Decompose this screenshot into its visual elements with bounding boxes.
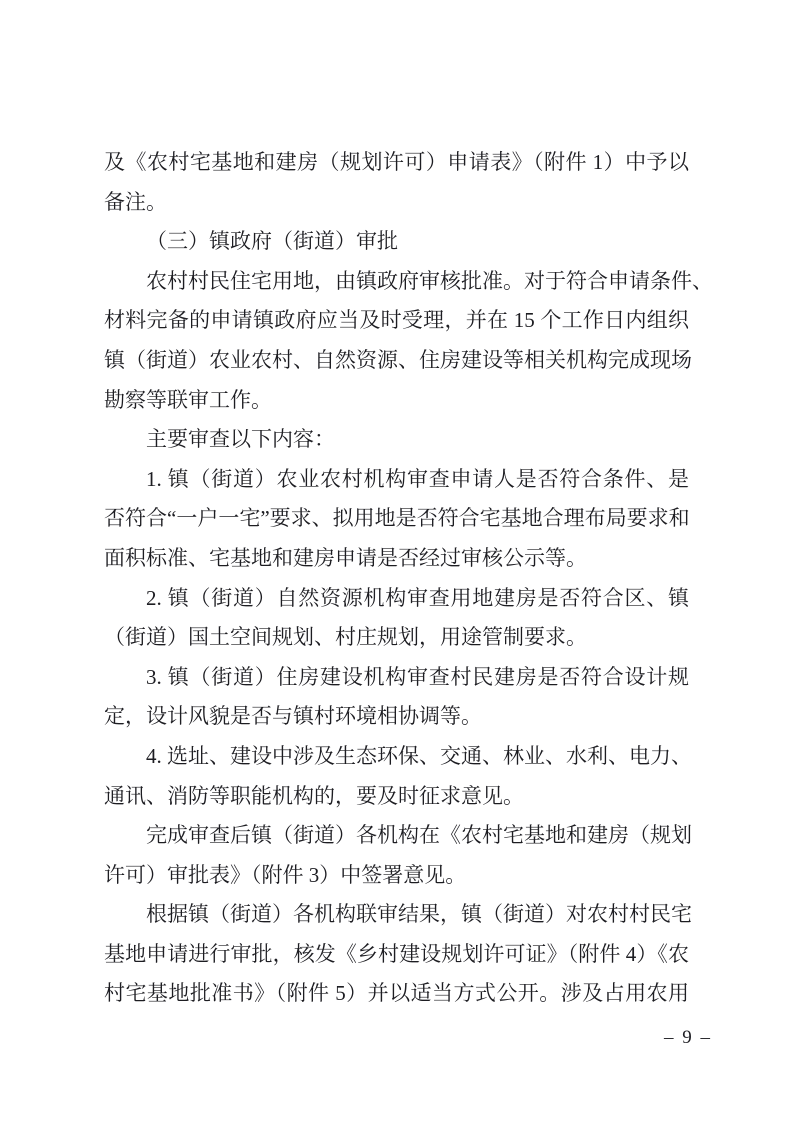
text-line: 定，设计风貌是否与镇村环境相协调等。 <box>104 697 689 737</box>
document-page: 及《农村宅基地和建房（规划许可）申请表》（附件 1）中予以 备注。 （三）镇政府… <box>0 0 792 1121</box>
text-line: （街道）国土空间规划、村庄规划，用途管制要求。 <box>104 618 689 658</box>
text-line: 完成审查后镇（街道）各机构在《农村宅基地和建房（规划 <box>104 816 689 856</box>
text-line: 农村村民住宅用地，由镇政府审核批准。对于符合申请条件、 <box>104 262 689 302</box>
text-line: 村宅基地批准书》（附件 5）并以适当方式公开。涉及占用农用 <box>104 974 689 1014</box>
section-heading: （三）镇政府（街道）审批 <box>104 222 689 262</box>
text-line: 许可）审批表》（附件 3）中签署意见。 <box>104 856 689 896</box>
text-line: 主要审查以下内容： <box>104 420 689 460</box>
text-line: 备注。 <box>104 183 689 223</box>
text-line: 基地申请进行审批，核发《乡村建设规划许可证》（附件 4）《农 <box>104 935 689 975</box>
text-line: 勘察等联审工作。 <box>104 381 689 421</box>
text-line: 材料完备的申请镇政府应当及时受理，并在 15 个工作日内组织 <box>104 301 689 341</box>
text-line: 3. 镇（街道）住房建设机构审查村民建房是否符合设计规 <box>104 658 689 698</box>
text-line: 1. 镇（街道）农业农村机构审查申请人是否符合条件、是 <box>104 460 689 500</box>
text-line: 根据镇（街道）各机构联审结果，镇（街道）对农村村民宅 <box>104 895 689 935</box>
text-line: 否符合“一户一宅”要求、拟用地是否符合宅基地合理布局要求和 <box>104 499 689 539</box>
page-number: – 9 – <box>664 1027 712 1049</box>
text-line: 2. 镇（街道）自然资源机构审查用地建房是否符合区、镇 <box>104 579 689 619</box>
text-line: 通讯、消防等职能机构的，要及时征求意见。 <box>104 777 689 817</box>
text-line: 及《农村宅基地和建房（规划许可）申请表》（附件 1）中予以 <box>104 143 689 183</box>
text-line: 镇（街道）农业农村、自然资源、住房建设等相关机构完成现场 <box>104 341 689 381</box>
document-body: 及《农村宅基地和建房（规划许可）申请表》（附件 1）中予以 备注。 （三）镇政府… <box>104 143 689 1014</box>
text-line: 面积标准、宅基地和建房申请是否经过审核公示等。 <box>104 539 689 579</box>
text-line: 4. 选址、建设中涉及生态环保、交通、林业、水利、电力、 <box>104 737 689 777</box>
